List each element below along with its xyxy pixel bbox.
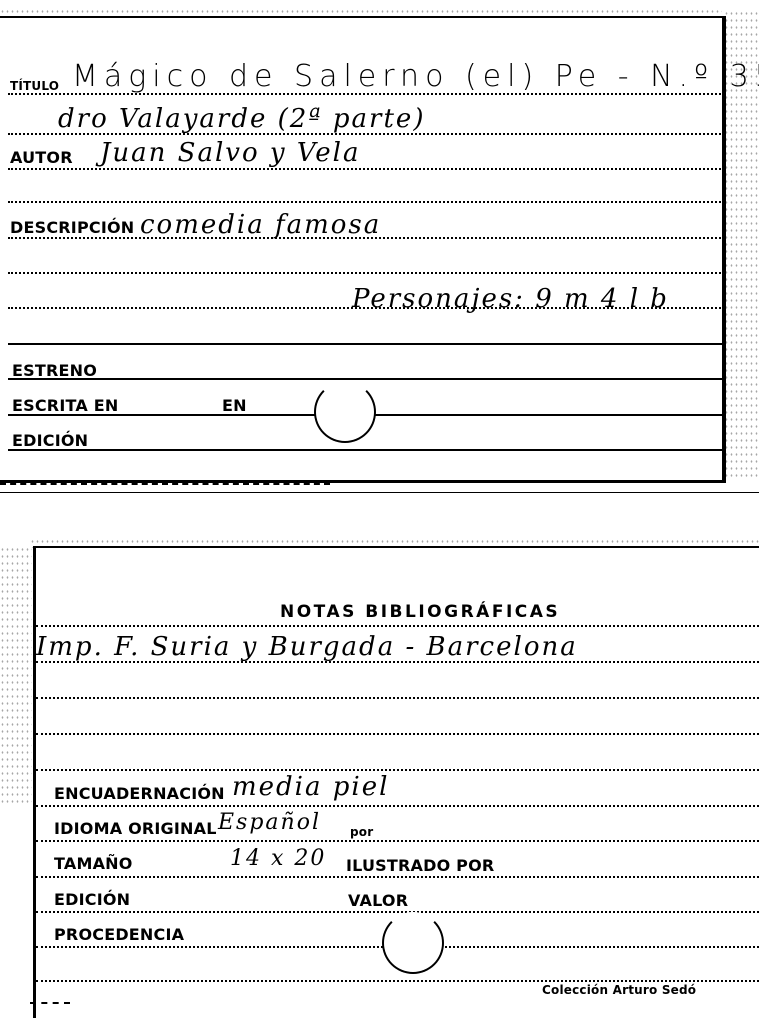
titulo-value-line2: dro Valayarde (2ª parte) [58, 106, 425, 132]
ilustrado-por-label: ILUSTRADO POR [346, 858, 494, 874]
rule-line [36, 876, 759, 878]
estreno-label: ESTRENO [12, 363, 97, 379]
descripcion-value: comedia famosa [140, 212, 381, 238]
descripcion-label: DESCRIPCIÓN [10, 220, 134, 236]
encuadernacion-label: ENCUADERNACIÓN [54, 786, 225, 802]
rule-line [36, 911, 759, 913]
idioma-original-label: IDIOMA ORIGINAL [54, 821, 217, 837]
rule-line [8, 343, 724, 345]
card-separator [0, 492, 759, 493]
valor-label: VALOR [348, 893, 408, 909]
scan-noise-left [0, 546, 32, 806]
autor-label: AUTOR [10, 150, 73, 166]
card-edge [30, 1002, 70, 1004]
tamano-value: 14 x 20 [230, 848, 326, 870]
edicion-back-label: EDICIÓN [54, 892, 130, 908]
edicion-label: EDICIÓN [12, 433, 88, 449]
card-edge [0, 483, 330, 485]
rule-line [8, 201, 724, 203]
scan-noise-top [30, 538, 759, 548]
notas-line1: Imp. F. Suria y Burgada - Barcelona [36, 634, 578, 660]
procedencia-label: PROCEDENCIA [54, 927, 184, 943]
rule-line [36, 733, 759, 735]
encuadernacion-value: media piel [232, 774, 389, 800]
rule-line [8, 449, 724, 451]
notas-heading: NOTAS BIBLIOGRÁFICAS [280, 604, 560, 621]
titulo-value-line1: Mágico de Salerno (el) Pe - N.º 35197 [72, 62, 759, 92]
tamano-label: TAMAÑO [54, 856, 133, 872]
collection-footer: Colección Arturo Sedó [542, 984, 696, 996]
rule-line [8, 272, 724, 274]
rule-line [8, 378, 724, 380]
rule-line [36, 840, 759, 842]
autor-value: Juan Salvo y Vela [100, 140, 360, 166]
rule-line [36, 980, 759, 982]
rule-line [36, 769, 759, 771]
titulo-label: TÍTULO [10, 80, 59, 92]
rule-line [36, 697, 759, 699]
escrita-en-label: ESCRITA EN [12, 398, 118, 414]
rule-line [36, 625, 759, 627]
descripcion-extra: Personajes: 9 m 4 l b [352, 286, 669, 312]
punch-hole [382, 912, 444, 974]
idioma-original-value: Español [218, 812, 321, 834]
punch-hole [314, 381, 376, 443]
rule-line [36, 805, 759, 807]
por-label: por [350, 826, 373, 838]
rule-line [8, 168, 724, 170]
en-label: EN [222, 398, 247, 414]
scan-noise-top [0, 8, 722, 18]
